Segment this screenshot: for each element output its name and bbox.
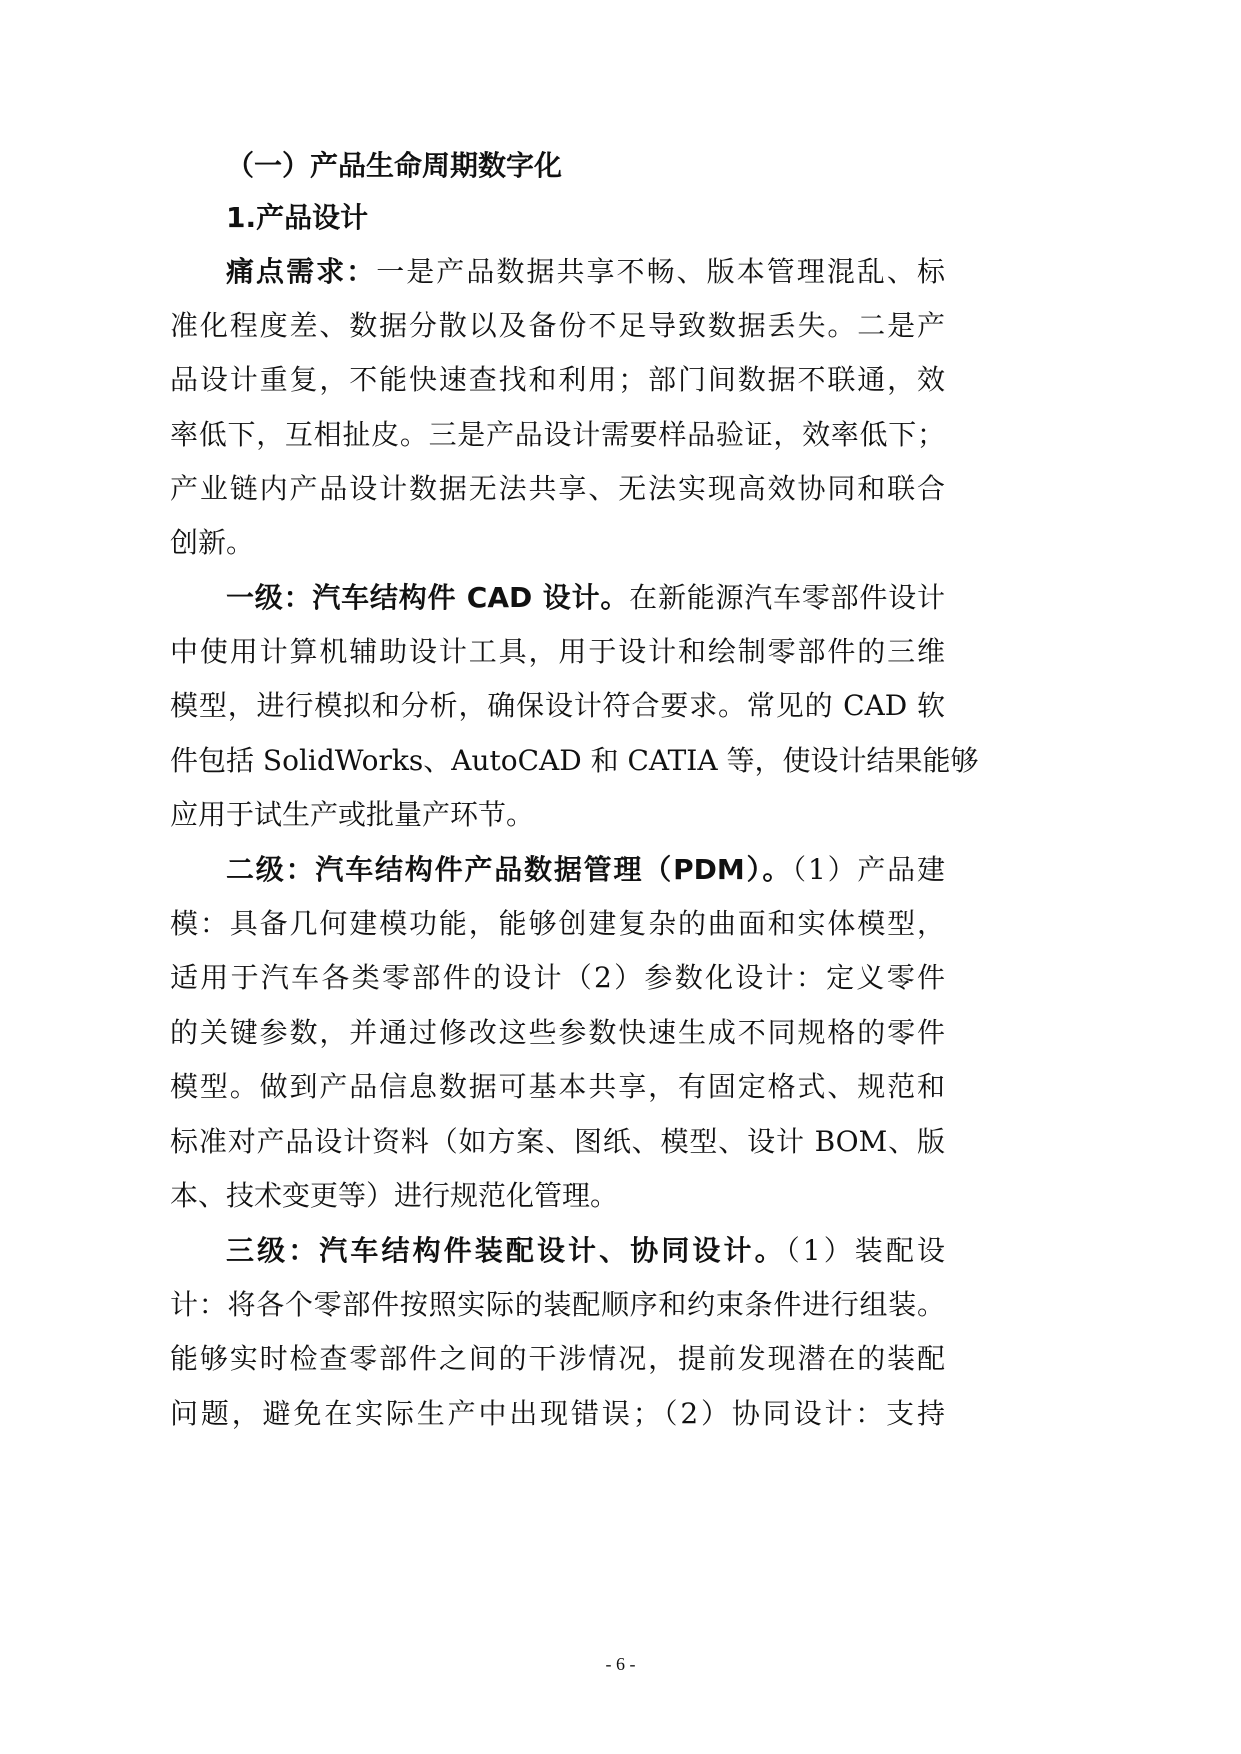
paragraph-line: 模型。做到产品信息数据可基本共享，有固定格式、规范和: [170, 1067, 945, 1107]
paragraph-line: 能够实时检查零部件之间的干涉情况，提前发现潜在的装配: [170, 1339, 945, 1379]
paragraph-line: 模：具备几何建模功能，能够创建复杂的曲面和实体模型，: [170, 904, 945, 944]
paragraph-line: 本、技术变更等）进行规范化管理。: [170, 1176, 945, 1216]
paragraph-line: 率低下，互相扯皮。三是产品设计需要样品验证，效率低下；: [170, 415, 945, 455]
subsection-heading: 1.产品设计: [226, 198, 945, 238]
section-heading: （一）产品生命周期数字化: [226, 146, 945, 186]
paragraph-line: 准化程度差、数据分散以及备份不足导致数据丢失。二是产: [170, 306, 945, 346]
paragraph-line: 计：将各个零部件按照实际的装配顺序和约束条件进行组装。: [170, 1285, 945, 1325]
pain-points-label: 痛点需求：: [226, 255, 376, 288]
paragraph-level3-line-1: 三级：汽车结构件装配设计、协同设计。（1）装配设: [226, 1231, 945, 1271]
paragraph-level2-line-1: 二级：汽车结构件产品数据管理（PDM）。（1）产品建: [226, 850, 945, 890]
paragraph-line: 应用于试生产或批量产环节。: [170, 795, 945, 835]
paragraph-line: 适用于汽车各类零部件的设计（2）参数化设计：定义零件: [170, 958, 945, 998]
paragraph-line: 品设计重复，不能快速查找和利用；部门间数据不联通，效: [170, 360, 945, 400]
level1-label: 一级：汽车结构件 CAD 设计。: [226, 581, 629, 614]
document-page: （一）产品生命周期数字化 1.产品设计 痛点需求：一是产品数据共享不畅、版本管理…: [0, 0, 1241, 1754]
paragraph-line: 模型，进行模拟和分析，确保设计符合要求。常见的 CAD 软: [170, 686, 945, 726]
level2-label: 二级：汽车结构件产品数据管理（PDM）。: [226, 853, 792, 886]
paragraph-line: 问题，避免在实际生产中出现错误；（2）协同设计：支持: [170, 1394, 945, 1434]
level3-label: 三级：汽车结构件装配设计、协同设计。: [226, 1234, 786, 1267]
paragraph-level1-line-1: 一级：汽车结构件 CAD 设计。在新能源汽车零部件设计: [226, 578, 945, 618]
paragraph-line: 产业链内产品设计数据无法共享、无法实现高效协同和联合: [170, 469, 945, 509]
paragraph-pain-points-line-1: 痛点需求：一是产品数据共享不畅、版本管理混乱、标: [226, 252, 945, 292]
paragraph-line: 标准对产品设计资料（如方案、图纸、模型、设计 BOM、版: [170, 1122, 945, 1162]
paragraph-line: 中使用计算机辅助设计工具，用于设计和绘制零部件的三维: [170, 632, 945, 672]
page-number: - 6 -: [0, 1654, 1241, 1675]
paragraph-line: 件包括 SolidWorks、AutoCAD 和 CATIA 等，使设计结果能够: [170, 741, 945, 781]
paragraph-line: 的关键参数，并通过修改这些参数快速生成不同规格的零件: [170, 1013, 945, 1053]
paragraph-line: 创新。: [170, 523, 945, 563]
